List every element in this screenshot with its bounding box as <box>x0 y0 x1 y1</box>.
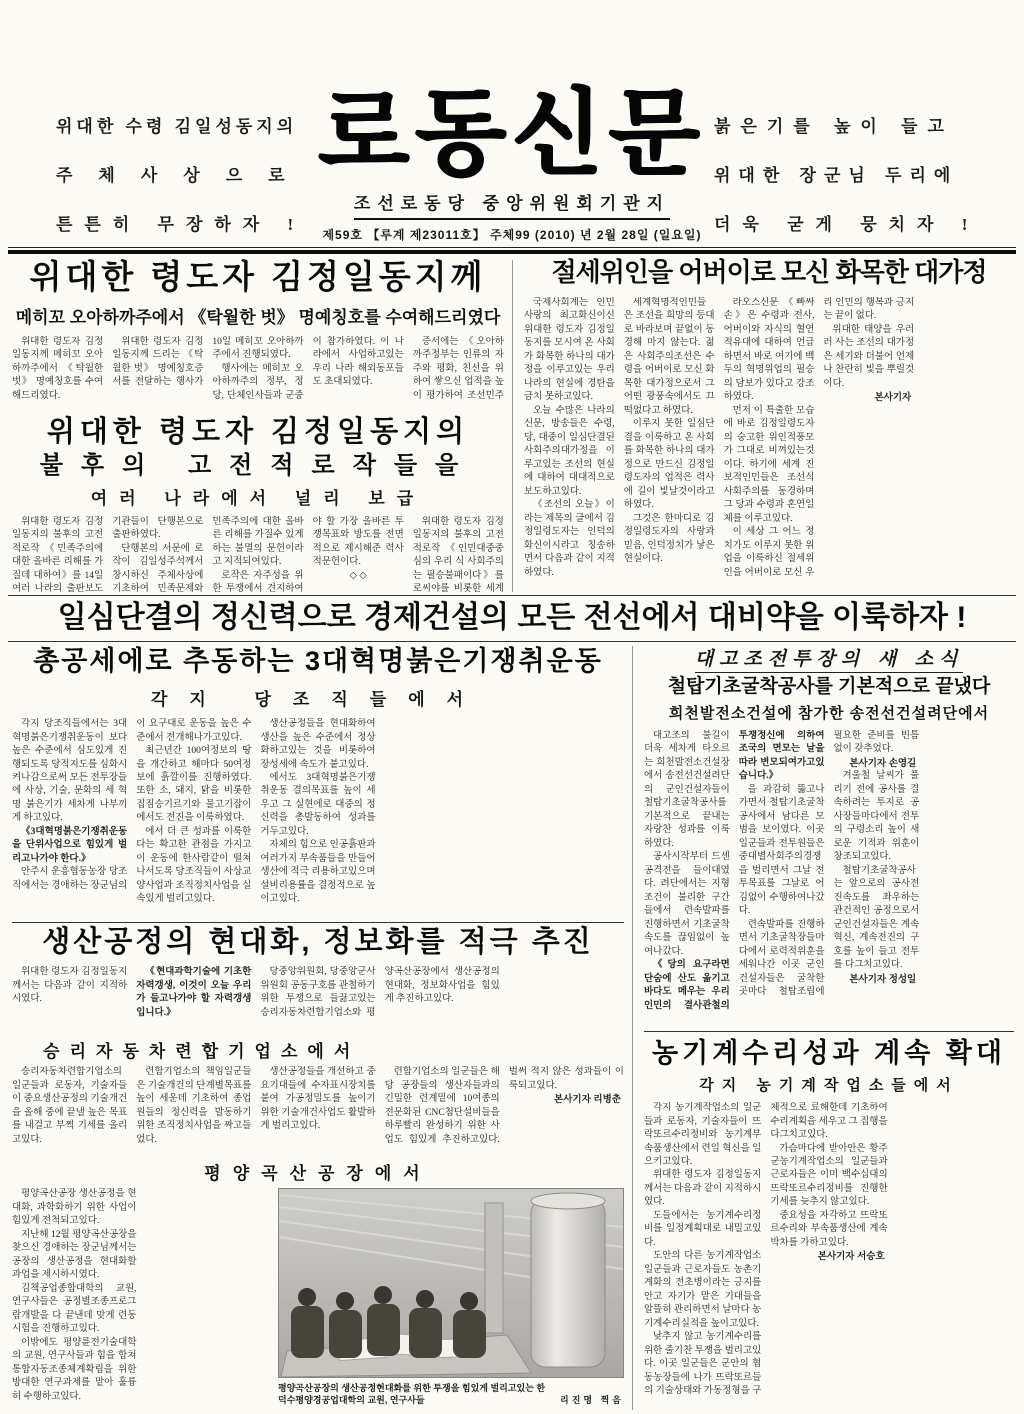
right-slogan-line: 위대한 장군님 두리에 <box>714 161 998 186</box>
body-paragraph: 철탑기초굴착공사는 앞으로의 공사전진속도를 좌우하는 관건적인 공정으로서 군… <box>834 865 920 973</box>
article-modernization-koksan-body: 평양곡산공장 생산공정을 현대화, 과학화하기 위한 사업이 힘있게 전척되고있… <box>12 1188 270 1406</box>
modernization-bottom-row: 평양곡산공장 생산공정을 현대화, 과학화하기 위한 사업이 힘있게 전척되고있… <box>12 1188 624 1406</box>
body-paragraph: 가슴마다에 받아안은 황주군농기계작업소의 일군들과 근로자들은 이미 백수십대… <box>770 1143 887 1210</box>
body-paragraph: 지난해 12월 평양곡산공장을 찾으신 경애하는 장군님께서는 공장의 생산공정… <box>12 1229 137 1283</box>
article-works-headline-2: 불후의 고전적로작들을 <box>12 452 504 480</box>
article-family: 절세위인을 어버이로 모신 화목한 대가정 국제사회계는 인민사랑의 최고화신이… <box>524 258 1014 585</box>
section-rule <box>644 1031 1014 1032</box>
photo-caption: 평양곡산공장의 생산공정현대화를 위한 투쟁을 힘있게 벌리고있는 한덕수평양경… <box>278 1382 552 1406</box>
banner-rule-top <box>8 595 1016 596</box>
body-paragraph: 최근년간 100여정보의 땅을 개간하고 해마다 50여정보에 흙깔이를 진행하… <box>136 745 251 826</box>
masthead-rule-thick <box>8 250 1016 254</box>
article-works-headline-3: 여러 나라에서 널리 보급 <box>12 484 504 509</box>
body-paragraph: 도안의 다른 농기계작업소 일군들과 근로자들도 농촌기계화의 전초병이라는 긍… <box>644 1250 761 1331</box>
article-modernization-intro: 위대한 령도자 김정일동지께서는 다음과 같이 지적하시였다.《현대과학기술에 … <box>12 966 624 1032</box>
body-paragraph: 련합기업소의 책임일군들은 기술개건의 단계별목표를 높이 세운데 기초하여 종… <box>136 1066 251 1147</box>
article-farm-body: 각지 농기계작업소의 일군들과 로동자, 기술자들이 뜨락또르수리정비와 농기계… <box>644 1102 1014 1402</box>
newspaper-page: 위대한 수령 김일성동지의 주체사상으로 튼튼히 무장하자 ! 로동신문 조선로… <box>0 0 1024 1414</box>
article-award-headline: 위대한 령도자 김정일동지께 <box>12 258 504 296</box>
article-pylon-eyebrow: 대고조전투장의 새 소식 <box>644 644 1014 671</box>
body-paragraph: 생산공정들을 개선하고 중요기대들에 수자표시장치를 붙여 가공정밀도를 높이기… <box>260 1066 375 1133</box>
article-family-body: 국제사회계는 인민사랑의 최고화신이신 위대한 령도자 김정일동지를 모시여 온… <box>524 297 1014 585</box>
left-slogan-line: 튼튼히 무장하자 ! <box>56 210 332 235</box>
article-award-body: 위대한 령도자 김정일동지께 메히꼬 오아하까주에서 《탁월한 벗》 명예칭호를… <box>12 336 504 414</box>
article-farm-headline: 농기계수리성과 계속 확대 <box>644 1038 1014 1069</box>
article-award-subhead: 메히꼬 오아하까주에서 《탁월한 벗》 명예칭호를 수여해드리였다 <box>12 303 504 328</box>
article-family-headline: 절세위인을 어버이로 모신 화목한 대가정 <box>524 258 1014 288</box>
column-divider <box>632 646 633 1410</box>
byline: 본사기자 <box>823 391 914 404</box>
article-works-headline-1: 위대한 령도자 김정일동지의 <box>12 416 504 449</box>
article-pylon-eyebrow-text: 대고조전투장의 새 소식 <box>695 648 964 673</box>
body-paragraph: 도들에서는 농기계수리정비를 일정계획대로 내밀고있다. <box>644 1210 761 1250</box>
byline: 본사기자 정성일 <box>834 973 920 986</box>
body-paragraph: 에서 더 큰 성과를 이룩한다는 확고한 관점을 가지고 이 운동에 한사람같이… <box>136 826 251 907</box>
body-paragraph: 위대한 령도자 김정일동지의 불후의 고전적로작 《인민대중중심의 우리 식 사… <box>413 516 504 600</box>
right-slogan-line: 붉은기를 높이 들고 <box>714 112 998 137</box>
section-rule <box>12 922 624 923</box>
body-paragraph: 이밖에도 평양륜전기술대학의 교원, 연구사들과 힘을 합쳐 통합자동조종체계확… <box>12 1337 137 1404</box>
article-works-body: 위대한 령도자 김정일동지의 불후의 고전적로작 《민족주의에 대한 올바른 리… <box>12 516 504 600</box>
masthead-center: 로동신문 조선로동당 중앙위원회기관지 제59호 【루계 제23011호】 주체… <box>297 84 727 243</box>
banner-rule-bottom <box>8 641 1016 642</box>
article-pylon: 대고조전투장의 새 소식 철탑기초굴착공사를 기본적으로 끝냈다 희천발전소건설… <box>644 644 1014 1020</box>
article-pylon-subhead: 희천발전소건설에 참가한 송전선건설려단에서 <box>644 702 1014 723</box>
left-slogan-line: 위대한 수령 김일성동지의 <box>56 112 332 137</box>
body-paragraph: 증서에는 《오아하까주정부는 인류의 자주와 평화, 친선을 위하여 쌓으신 업… <box>413 336 504 414</box>
issue-date-line: 제59호 【루계 제23011호】 주체99 (2010) 년 2월 28일 (… <box>297 226 727 243</box>
photo-caption-row: 평양곡산공장의 생산공정현대화를 위한 투쟁을 힘있게 벌리고있는 한덕수평양경… <box>278 1382 624 1406</box>
body-paragraph: 《현대과학기술에 기초한 자력갱생, 이것이 오늘 우리가 들고나가야 할 자력… <box>136 966 251 1020</box>
body-paragraph: 이루지 못한 일심단결을 이룩하고 온 사회를 화목한 하나의 대가정으로 만드… <box>624 418 715 512</box>
masthead-rule-thin <box>8 247 1016 248</box>
article-modernization-headline: 생산공정의 현대화, 정보화를 적극 추진 <box>12 926 624 959</box>
column-divider <box>512 260 513 592</box>
article-redflag: 총공세에로 추동하는 3대혁명붉은기쟁취운동 각지 당조직들에서 각지 당조직들… <box>12 646 624 916</box>
byline: 본사기자 서승호 <box>770 1250 887 1263</box>
left-slogan: 위대한 수령 김일성동지의 주체사상으로 튼튼히 무장하자 ! <box>56 112 332 259</box>
article-redflag-body: 각지 당조직들에서는 3대혁명붉은기쟁취운동이 보다 높은 수준에서 심도있게 … <box>12 718 624 916</box>
body-paragraph: 그것은 한마디로 김정일령도자의 사랑과 믿음, 인덕정치가 낳은 현실이다. <box>624 513 715 567</box>
body-paragraph: 중요성을 자각하고 뜨락또르수리와 부속품생산에 계속 박차를 가하고있다. <box>770 1210 887 1250</box>
organ-line: 조선로동당 중앙위원회기관지 <box>354 189 670 220</box>
body-paragraph: 위대한 령도자 김정일동지께서는 다음과 같이 지적하시였다. <box>644 1169 761 1209</box>
body-paragraph: 위대한 령도자 김정일동지께서는 다음과 같이 지적하시였다. <box>12 966 127 1006</box>
body-paragraph: 생산공정들을 현대화하여 생산을 높은 수준에서 정상화하고있는 것을 비롯하여… <box>260 718 375 772</box>
byline: 본사기자 손영길 <box>834 757 920 770</box>
body-paragraph: 공사시작부터 드센 공격전을 들이대였다. 려단에서는 지형조건이 불리한 구간… <box>644 851 730 959</box>
article-modernization: 생산공정의 현대화, 정보화를 적극 추진 위대한 령도자 김정일동지께서는 다… <box>12 926 624 1407</box>
body-paragraph: 자체의 힘으로 인공흙판과 여러가지 부속품들을 만들어 생산에 적극 리용하고… <box>260 839 375 906</box>
body-paragraph: 각지 당조직들에서는 3대혁명붉은기쟁취운동이 보다 높은 수준에서 심도있게 … <box>12 718 127 826</box>
body-paragraph: 당중앙위원회, 당중앙군사위원회 공동구호를 관철하기 위한 투쟁으로 들끓고있… <box>260 966 499 1032</box>
article-pylon-headline: 철탑기초굴착공사를 기본적으로 끝냈다 <box>644 676 1014 698</box>
photo-block: 평양곡산공장의 생산공정현대화를 위한 투쟁을 힘있게 벌리고있는 한덕수평양경… <box>278 1188 624 1406</box>
body-paragraph: 라오스신문 《빠싸손》은 수령과 전사, 어버이와 자식의 혈연적유대에 대하여… <box>724 297 815 405</box>
body-paragraph: 오늘 수많은 나라의 신문, 방송들은 수령, 당, 대중이 일심단결된 사회주… <box>524 405 615 499</box>
body-paragraph: ◇ ◇ <box>313 570 404 583</box>
body-paragraph: 국제사회계는 인민사랑의 최고화신이신 위대한 령도자 김정일동지를 모시여 온… <box>524 297 615 405</box>
byline: 본사기자 리병춘 <box>509 1093 624 1106</box>
body-paragraph: 《조선의 오늘》이라는 제목의 글에서 김정일령도자는 인덕의 화신이시라고 칭… <box>524 499 615 580</box>
banner-slogan: 일심단결의 정신력으로 경제건설의 모든 전선에서 대비약을 이룩하자 ! <box>8 599 1016 637</box>
body-paragraph: 위대한 태양을 우러러 사는 조선의 대가정은 세기와 더불어 언제나 찬란히 … <box>823 324 914 391</box>
article-redflag-subhead: 각지 당조직들에서 <box>12 685 624 710</box>
article-redflag-headline: 총공세에로 추동하는 3대혁명붉은기쟁취운동 <box>12 646 624 677</box>
body-paragraph: 에서도 3대혁명붉은기쟁취운동 결의목표를 높이 세우고 그 실현에로 대중의 … <box>260 772 375 839</box>
tank <box>531 1199 605 1367</box>
body-paragraph: 《3대혁명붉은기쟁취운동을 단위사업으로 힘있게 벌리고나가야 한다.》 <box>12 826 127 866</box>
photo-credit: 리진명 찍음 <box>552 1394 624 1406</box>
body-paragraph: 겨울철 날씨가 풀리기 전에 공사를 결속하려는 투지로 공사장들마다에서 전투… <box>834 770 920 864</box>
body-paragraph: 세계혁명적인민들은 조선을 희망의 등대로 바라보며 끝없이 동경해 마지 않는… <box>624 297 715 418</box>
article-works: 위대한 령도자 김정일동지의 불후의 고전적로작들을 여러 나라에서 널리 보급… <box>12 416 504 600</box>
article-modernization-sungri-body: 승리자동차련합기업소의 일군들과 로동자, 기술자들이 중요생산공정의 기술개건… <box>12 1066 624 1154</box>
article-pylon-body: 대고조의 불길이 더욱 세차게 타오르는 희천발전소건설장에서 송전선건설려단의… <box>644 730 1014 1020</box>
body-paragraph: 김책공업종합대학의 교원, 연구사들은 공정별조종프로그람개발을 다 끝낸데 맞… <box>12 1283 137 1337</box>
article-award: 위대한 령도자 김정일동지께 메히꼬 오아하까주에서 《탁월한 벗》 명예칭호를… <box>12 258 504 414</box>
banner-slogan-text: 일심단결의 정신력으로 경제건설의 모든 전선에서 대비약을 이룩하자 ! <box>58 601 967 636</box>
body-paragraph: 위대한 령도자 김정일동지께 메히꼬 오아하까주에서 《탁월한 벗》 명예칭호를… <box>12 336 103 403</box>
right-slogan-line: 더욱 굳게 뭉치자 ! <box>714 210 998 235</box>
body-paragraph: 을 과감히 뚫고나가면서 철탑기초굴착공사에서 남다른 모범을 보이였다. 이곳… <box>739 784 825 919</box>
body-paragraph: 각지 농기계작업소의 일군들과 로동자, 기술자들이 뜨락또르수리정비와 농기계… <box>644 1102 761 1169</box>
subheadline-koksan-factory: 평양곡산공장에서 <box>165 1159 471 1184</box>
newspaper-title: 로동신문 <box>297 84 727 183</box>
tank-top <box>531 1193 605 1209</box>
article-farm-machines: 농기계수리성과 계속 확대 각지 농기계작업소들에서 각지 농기계작업소의 일군… <box>644 1038 1014 1402</box>
factory-photo <box>278 1188 624 1378</box>
body-paragraph: 련합기업소의 일군들은 해당 공장들의 생산자들과의 긴밀한 련계밑에 10여종… <box>385 1066 624 1154</box>
body-paragraph: 대고조의 불길이 더욱 세차게 타오르는 희천발전소건설장에서 송전선건설려단의… <box>644 730 730 851</box>
pipe <box>485 1203 503 1333</box>
body-paragraph: 평양곡산공장 생산공정을 현대화, 과학화하기 위한 사업이 힘있게 전척되고있… <box>12 1188 137 1228</box>
article-farm-subhead: 각지 농기계작업소들에서 <box>644 1074 1014 1095</box>
right-slogan: 붉은기를 높이 들고 위대한 장군님 두리에 더욱 굳게 뭉치자 ! <box>714 112 998 259</box>
left-slogan-line: 주체사상으로 <box>56 161 332 186</box>
body-paragraph: 먼저 이 특출한 모습에 바로 김정일령도자의 숭고한 위인적풍모가 그대로 비… <box>724 405 815 526</box>
body-paragraph: 승리자동차련합기업소의 일군들과 로동자, 기술자들이 중요생산공정의 기술개건… <box>12 1066 127 1147</box>
subheadline-sungri-plant: 승리자동차련합기업소에서 <box>12 1037 391 1062</box>
